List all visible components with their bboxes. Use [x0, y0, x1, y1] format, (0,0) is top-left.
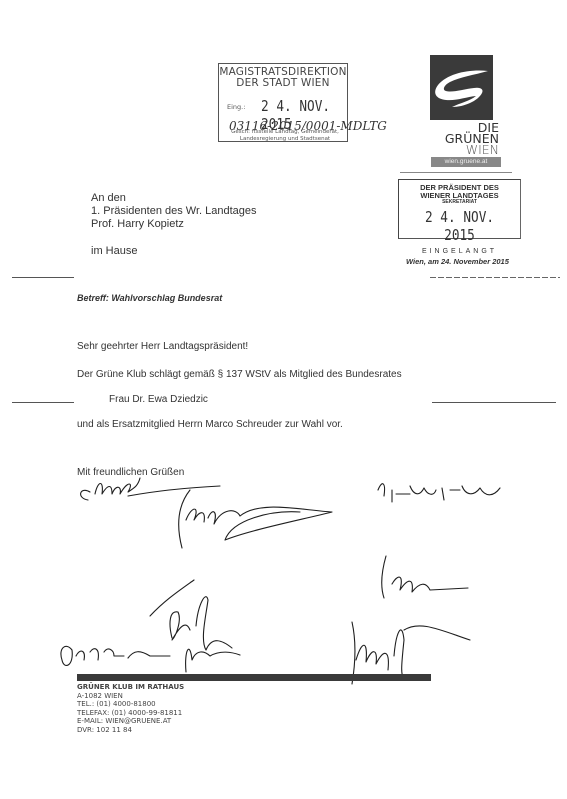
stamp-top-line: [400, 172, 512, 173]
stamp-magistratsdirektion: MAGISTRATSDIREKTION DER STADT WIEN Eing.…: [218, 63, 348, 142]
gruene-logo-icon: [430, 55, 493, 120]
body-paragraph-1: Der Grüne Klub schlägt gemäß § 137 WStV …: [77, 369, 402, 380]
footer-fax: TELEFAX: (01) 4000-99-81811: [77, 709, 184, 718]
stamp-magistrat-small-text: Gesch: ftsstelle Landtag, Gemeinderat, L…: [223, 129, 347, 142]
fold-mark-right-2: [432, 402, 556, 403]
footer-address: A-1082 WIEN: [77, 692, 184, 701]
fold-mark-left: [12, 277, 74, 278]
stamp-landtag: DER PRÄSIDENT DES WIENER LANDTAGES SEKRE…: [398, 179, 521, 239]
subject-line: Betreff: Wahlvorschlag Bundesrat: [77, 293, 222, 303]
stamp-magistrat-line2: DER STADT WIEN: [219, 78, 347, 89]
place-date: Wien, am 24. November 2015: [406, 257, 509, 266]
footer-bar: [77, 674, 431, 681]
logo-url: wien.gruene.at: [431, 157, 501, 167]
stamp-landtag-date: 2 4. NOV. 2015: [408, 208, 511, 244]
fold-mark-left-2: [12, 402, 74, 403]
body-paragraph-2: und als Ersatzmitglied Herrn Marco Schre…: [77, 419, 343, 430]
logo-wordmark: DIE GRÜNEN WIEN: [427, 122, 499, 155]
footer-dvr: DVR: 102 11 84: [77, 726, 184, 735]
addressee-block: An den 1. Präsidenten des Wr. Landtages …: [91, 192, 257, 258]
stamp-eing-label: Eing.:: [227, 103, 245, 111]
footer-tel: TEL.: (01) 4000-81800: [77, 700, 184, 709]
stamp-received: EINGELANGT: [399, 248, 520, 255]
nominee-name: Frau Dr. Ewa Dziedzic: [109, 394, 208, 405]
footer-contact: GRÜNER KLUB IM RATHAUS A-1082 WIEN TEL.:…: [77, 683, 184, 734]
footer-org: GRÜNER KLUB IM RATHAUS: [77, 683, 184, 692]
closing: Mit freundlichen Grüßen: [77, 467, 184, 478]
footer-email: E-MAIL: WIEN@GRUENE.AT: [77, 717, 184, 726]
fold-mark-right: [430, 277, 560, 278]
salutation: Sehr geehrter Herr Landtagspräsident!: [77, 341, 248, 352]
